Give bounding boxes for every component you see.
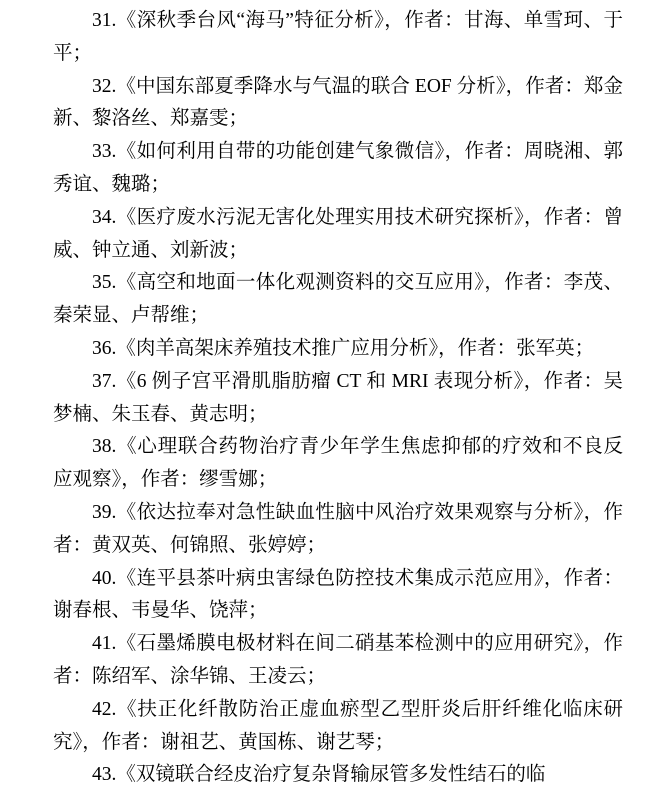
item-number: 43. xyxy=(92,764,116,785)
item-authors: ，作者：谢祖艺、黄国栋、谢艺琴； xyxy=(82,732,394,753)
list-item: 33.《如何利用自带的功能创建气象微信》，作者：周晓湘、郭秀谊、魏璐； xyxy=(53,136,623,202)
list-item: 41.《石墨烯膜电极材料在间二硝基苯检测中的应用研究》，作者：陈绍军、涂华锦、王… xyxy=(53,628,623,694)
item-authors: ，作者：张军英； xyxy=(438,338,594,359)
item-number: 39. xyxy=(92,502,116,523)
item-number: 32. xyxy=(92,76,116,97)
item-authors: ，作者：缪雪娜； xyxy=(121,469,277,490)
item-number: 36. xyxy=(92,338,116,359)
item-number: 41. xyxy=(92,633,116,654)
document-page: 31.《深秋季台风“海马”特征分析》，作者：甘海、单雪珂、于平； 32.《中国东… xyxy=(0,0,670,797)
list-item: 35.《高空和地面一体化观测资料的交互应用》，作者：李茂、秦荣显、卢帮维； xyxy=(53,267,623,333)
list-item: 40.《连平县茶叶病虫害绿色防控技术集成示范应用》，作者：谢春根、韦曼华、饶萍； xyxy=(53,563,623,629)
item-number: 42. xyxy=(92,699,116,720)
list-item: 43.《双镜联合经皮治疗复杂肾输尿管多发性结石的临 xyxy=(53,759,623,792)
item-number: 40. xyxy=(92,568,116,589)
item-number: 37. xyxy=(92,371,116,392)
item-number: 38. xyxy=(92,436,116,457)
list-item: 37.《6 例子宫平滑肌脂肪瘤 CT 和 MRI 表现分析》，作者：吴梦楠、朱玉… xyxy=(53,366,623,432)
list-item: 31.《深秋季台风“海马”特征分析》，作者：甘海、单雪珂、于平； xyxy=(53,5,623,71)
item-number: 31. xyxy=(92,10,116,31)
item-title: 《中国东部夏季降水与气温的联合 EOF 分析》 xyxy=(116,76,505,97)
item-title: 《石墨烯膜电极材料在间二硝基苯检测中的应用研究》 xyxy=(116,633,583,654)
item-title: 《医疗废水污泥无害化处理实用技术研究探析》 xyxy=(116,207,524,228)
item-title: 《依达拉奉对急性缺血性脑中风治疗效果观察与分析》 xyxy=(116,502,583,523)
item-number: 35. xyxy=(92,272,116,293)
list-item: 32.《中国东部夏季降水与气温的联合 EOF 分析》，作者：郑金新、黎洛丝、郑嘉… xyxy=(53,71,623,137)
list-item: 34.《医疗废水污泥无害化处理实用技术研究探析》，作者：曾威、钟立通、刘新波； xyxy=(53,202,623,268)
item-number: 34. xyxy=(92,207,116,228)
list-item: 38.《心理联合药物治疗青少年学生焦虑抑郁的疗效和不良反应观察》，作者：缪雪娜； xyxy=(53,431,623,497)
item-title: 《高空和地面一体化观测资料的交互应用》 xyxy=(116,272,484,293)
article-list: 31.《深秋季台风“海马”特征分析》，作者：甘海、单雪珂、于平； 32.《中国东… xyxy=(53,5,623,792)
item-title: 《双镜联合经皮治疗复杂肾输尿管多发性结石的临 xyxy=(116,764,545,785)
item-title: 《深秋季台风“海马”特征分析》 xyxy=(116,10,384,31)
item-title: 《肉羊高架床养殖技术推广应用分析》 xyxy=(116,338,438,359)
list-item: 39.《依达拉奉对急性缺血性脑中风治疗效果观察与分析》，作者：黄双英、何锦照、张… xyxy=(53,497,623,563)
list-item: 36.《肉羊高架床养殖技术推广应用分析》，作者：张军英； xyxy=(53,333,623,366)
list-item: 42.《扶正化纤散防治正虚血瘀型乙型肝炎后肝纤维化临床研究》，作者：谢祖艺、黄国… xyxy=(53,694,623,760)
item-title: 《如何利用自带的功能创建气象微信》 xyxy=(116,141,444,162)
item-title: 《连平县茶叶病虫害绿色防控技术集成示范应用》 xyxy=(116,568,544,589)
item-title: 《6 例子宫平滑肌脂肪瘤 CT 和 MRI 表现分析》 xyxy=(116,371,523,392)
item-number: 33. xyxy=(92,141,116,162)
